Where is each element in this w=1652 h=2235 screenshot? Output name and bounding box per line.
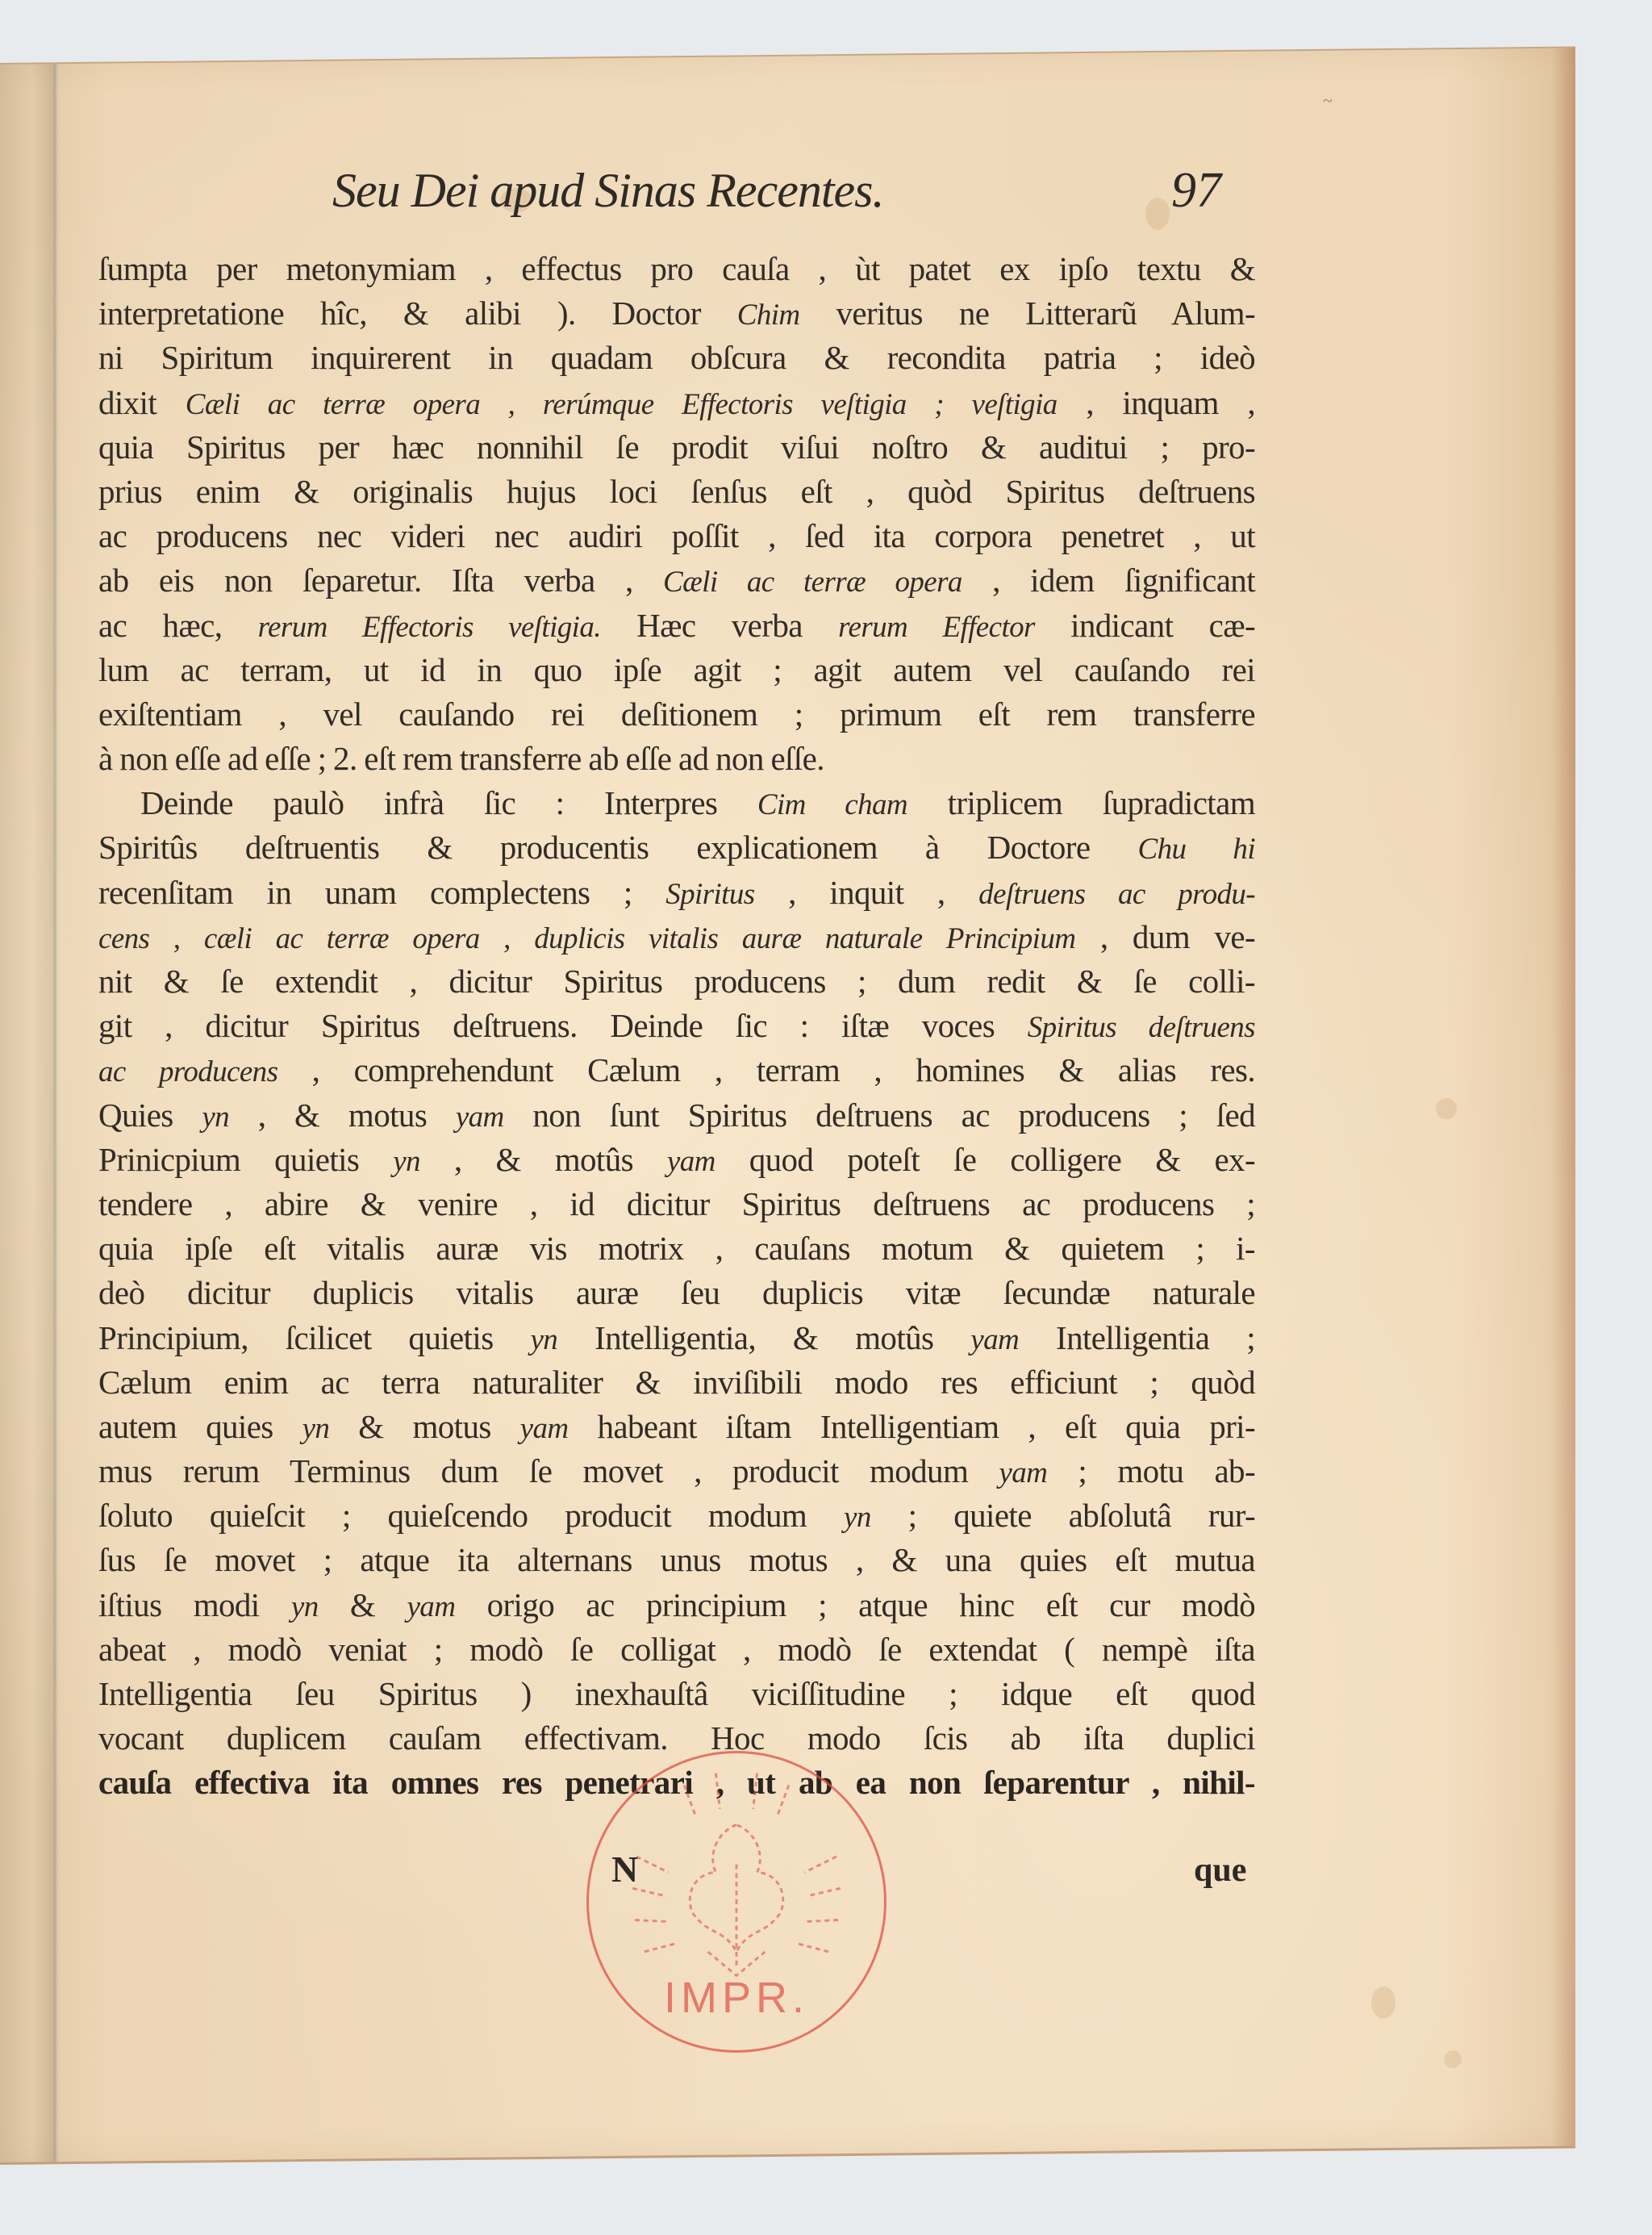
text-segment: triplicem ſupradictam xyxy=(907,784,1255,821)
text-segment: ; quiete abſolutâ rur- xyxy=(871,1497,1255,1534)
text-segment: deò dicitur duplicis vitalis auræ ſeu du… xyxy=(98,1274,1255,1311)
italic-segment: yn xyxy=(844,1501,871,1534)
text-line: cauſa effectiva ita omnes res penetrari … xyxy=(98,1761,1255,1805)
page-header: Seu Dei apud Sinas Recentes. 97 xyxy=(332,158,1260,223)
body-text: ſumpta per metonymiam , effectus pro cau… xyxy=(98,247,1255,1806)
text-segment: , comprehendunt Cælum , terram , homines… xyxy=(277,1051,1255,1088)
italic-segment: yn xyxy=(291,1590,319,1623)
text-line: nit & ſe extendit , dicitur Spiritus pro… xyxy=(98,959,1255,1004)
text-segment: vocant duplicem cauſam effectivam. Hoc m… xyxy=(98,1719,1255,1757)
text-line: autem quies yn & motus yam habeant iſtam… xyxy=(98,1405,1255,1449)
italic-segment: deſtruens ac produ- xyxy=(978,878,1255,911)
text-segment: ſoluto quieſcit ; quieſcendo producit mo… xyxy=(98,1497,844,1534)
foxing-spot xyxy=(1444,2050,1462,2068)
text-line: Intelligentia ſeu Spiritus ) inexhauſtâ … xyxy=(98,1672,1255,1716)
text-segment: recenſitam in unam complectens ; xyxy=(98,874,665,911)
italic-segment: yam xyxy=(970,1323,1019,1356)
text-segment: Hæc verba xyxy=(601,607,838,644)
text-segment: , idem ſignificant xyxy=(962,562,1255,599)
text-segment: interpretatione hîc, & alibi ). Doctor xyxy=(98,295,737,332)
italic-segment: Cæli ac terræ opera , rerúmque Effectori… xyxy=(186,388,1058,421)
text-segment: ni Spiritum inquirerent in quadam obſcur… xyxy=(98,339,1255,376)
text-segment: ſus ſe movet ; atque ita alternans unus … xyxy=(98,1541,1255,1578)
italic-segment: Spiritus xyxy=(665,878,754,911)
text-segment: tendere , abire & venire , id dicitur Sp… xyxy=(98,1185,1255,1222)
italic-segment: yam xyxy=(520,1412,569,1445)
text-segment: habeant iſtam Intelligentiam , eſt quia … xyxy=(569,1408,1256,1445)
text-line: git , dicitur Spiritus deſtruens. Deinde… xyxy=(98,1004,1255,1048)
signature-mark: N xyxy=(611,1848,638,1890)
italic-segment: yam xyxy=(407,1590,455,1623)
text-line: ni Spiritum inquirerent in quadam obſcur… xyxy=(98,336,1255,380)
text-line: ſumpta per metonymiam , effectus pro cau… xyxy=(98,247,1255,291)
text-segment: quia ipſe eſt vitalis auræ vis motrix , … xyxy=(98,1230,1255,1267)
text-segment: Cælum enim ac terra naturaliter & inviſi… xyxy=(98,1364,1255,1401)
text-line: mus rerum Terminus dum ſe movet , produc… xyxy=(98,1449,1255,1493)
italic-segment: Cæli ac terræ opera xyxy=(663,566,962,599)
text-segment: , & motus xyxy=(229,1097,456,1134)
text-segment: , inquit , xyxy=(755,874,979,911)
text-line: Quies yn , & motus yam non ſunt Spiritus… xyxy=(98,1093,1255,1138)
text-segment: à non eſſe ad eſſe ; 2. eſt rem transfer… xyxy=(98,740,824,777)
text-line: recenſitam in unam complectens ; Spiritu… xyxy=(98,871,1255,915)
text-segment: origo ac principium ; atque hinc eſt cur… xyxy=(455,1586,1255,1623)
text-line: iſtius modi yn & yam origo ac principium… xyxy=(98,1583,1255,1627)
text-segment: veritus ne Litterarũ Alum- xyxy=(800,295,1255,332)
text-segment: git , dicitur Spiritus deſtruens. Deinde… xyxy=(98,1007,1028,1044)
text-line: ſus ſe movet ; atque ita alternans unus … xyxy=(98,1538,1255,1582)
italic-segment: yam xyxy=(667,1145,715,1178)
text-segment: non ſunt Spiritus deſtruens ac producens… xyxy=(504,1097,1255,1134)
foxing-spot xyxy=(1436,1098,1457,1119)
text-segment: , & motûs xyxy=(420,1141,667,1178)
italic-segment: rerum Effector xyxy=(838,611,1035,644)
text-segment: ; motu ab- xyxy=(1047,1452,1255,1489)
text-line: ſoluto quieſcit ; quieſcendo producit mo… xyxy=(98,1493,1255,1538)
text-segment: & xyxy=(319,1586,407,1623)
text-segment: Quies xyxy=(98,1097,202,1134)
text-line: vocant duplicem cauſam effectivam. Hoc m… xyxy=(98,1716,1255,1761)
text-segment: nit & ſe extendit , dicitur Spiritus pro… xyxy=(98,963,1255,1000)
text-line: lum ac terram, ut id in quo ipſe agit ; … xyxy=(98,648,1255,692)
text-segment: exiſtentiam , vel cauſando rei deſitione… xyxy=(98,696,1255,733)
ink-smudge: ~ xyxy=(1323,90,1371,107)
text-segment: dixit xyxy=(98,384,186,421)
text-line: exiſtentiam , vel cauſando rei deſitione… xyxy=(98,692,1255,737)
italic-segment: yam xyxy=(999,1456,1047,1489)
text-line: interpretatione hîc, & alibi ). Doctor C… xyxy=(98,291,1255,336)
text-segment: cauſa effectiva ita omnes res penetrari … xyxy=(98,1764,1255,1801)
foxing-spot xyxy=(1371,1986,1395,2019)
text-segment: Principium, ſcilicet quietis xyxy=(98,1319,530,1356)
text-segment: Deinde paulò infrà ſic : Interpres xyxy=(140,784,757,821)
text-segment: , dum ve- xyxy=(1075,918,1255,955)
text-segment: iſtius modi xyxy=(98,1586,291,1623)
text-segment: ab eis non ſeparetur. Iſta verba , xyxy=(98,562,663,599)
text-line: deò dicitur duplicis vitalis auræ ſeu du… xyxy=(98,1271,1255,1315)
text-segment: abeat , modò veniat ; modò ſe colligat ,… xyxy=(98,1631,1255,1668)
text-line: ac producens nec videri nec audiri poſſi… xyxy=(98,514,1255,558)
text-segment: quia Spiritus per hæc nonnihil ſe prodit… xyxy=(98,428,1255,466)
italic-segment: yn xyxy=(530,1323,557,1356)
italic-segment: Spiritus deſtruens xyxy=(1028,1011,1255,1044)
text-line: quia ipſe eſt vitalis auræ vis motrix , … xyxy=(98,1226,1255,1271)
text-line: ac hæc, rerum Effectoris veſtigia. Hæc v… xyxy=(98,604,1255,648)
text-segment: prius enim & originalis hujus loci ſenſu… xyxy=(98,473,1255,510)
italic-segment: ac producens xyxy=(98,1055,277,1088)
text-segment: Prinicpium quietis xyxy=(98,1141,393,1178)
text-segment: mus rerum Terminus dum ſe movet , produc… xyxy=(98,1452,999,1489)
text-line: cens , cæli ac terræ opera , duplicis vi… xyxy=(98,915,1255,959)
italic-segment: cens , cæli ac terræ opera , duplicis vi… xyxy=(98,922,1075,955)
text-segment: ſumpta per metonymiam , effectus pro cau… xyxy=(98,250,1255,287)
italic-segment: yn xyxy=(202,1101,229,1134)
italic-segment: yam xyxy=(456,1101,504,1134)
text-segment: autem quies xyxy=(98,1408,302,1445)
text-segment: Spiritûs deſtruentis & producentis expli… xyxy=(98,829,1137,866)
text-segment: Intelligentia, & motûs xyxy=(557,1319,970,1356)
text-segment: quod poteſt ſe colligere & ex- xyxy=(715,1141,1255,1178)
text-line: quia Spiritus per hæc nonnihil ſe prodit… xyxy=(98,425,1255,470)
text-segment: & motus xyxy=(329,1408,519,1445)
text-line: à non eſſe ad eſſe ; 2. eſt rem transfer… xyxy=(98,737,1255,781)
text-segment: ac producens nec videri nec audiri poſſi… xyxy=(98,517,1255,554)
italic-segment: Cim cham xyxy=(757,788,907,821)
text-line: dixit Cæli ac terræ opera , rerúmque Eff… xyxy=(98,381,1255,425)
text-line: Cælum enim ac terra naturaliter & inviſi… xyxy=(98,1360,1255,1405)
text-line: Principium, ſcilicet quietis yn Intellig… xyxy=(98,1316,1255,1360)
text-segment: lum ac terram, ut id in quo ipſe agit ; … xyxy=(98,651,1255,688)
text-segment: indicant cæ- xyxy=(1035,607,1255,644)
italic-segment: Chu hi xyxy=(1137,833,1255,866)
italic-segment: yn xyxy=(302,1412,330,1445)
text-segment: Intelligentia ; xyxy=(1019,1319,1255,1356)
text-line: Deinde paulò infrà ſic : Interpres Cim c… xyxy=(98,781,1255,825)
text-line: ab eis non ſeparetur. Iſta verba , Cæli … xyxy=(98,558,1255,603)
text-line: ac producens , comprehendunt Cælum , ter… xyxy=(98,1048,1255,1092)
italic-segment: rerum Effectoris veſtigia. xyxy=(258,611,601,644)
running-title: Seu Dei apud Sinas Recentes. xyxy=(332,158,883,223)
text-line: Prinicpium quietis yn , & motûs yam quod… xyxy=(98,1138,1255,1182)
italic-segment: Chim xyxy=(737,299,800,332)
italic-segment: yn xyxy=(393,1145,420,1178)
text-segment: , inquam , xyxy=(1058,384,1255,421)
page-number: 97 xyxy=(1171,158,1221,223)
text-line: abeat , modò veniat ; modò ſe colligat ,… xyxy=(98,1627,1255,1672)
catchword: que xyxy=(1194,1851,1246,1890)
text-segment: ac hæc, xyxy=(98,607,258,644)
spine-fold xyxy=(53,64,56,2162)
text-line: prius enim & originalis hujus loci ſenſu… xyxy=(98,470,1255,514)
text-line: Spiritûs deſtruentis & producentis expli… xyxy=(98,825,1255,870)
text-line: tendere , abire & venire , id dicitur Sp… xyxy=(98,1182,1255,1226)
text-segment: Intelligentia ſeu Spiritus ) inexhauſtâ … xyxy=(98,1675,1255,1712)
